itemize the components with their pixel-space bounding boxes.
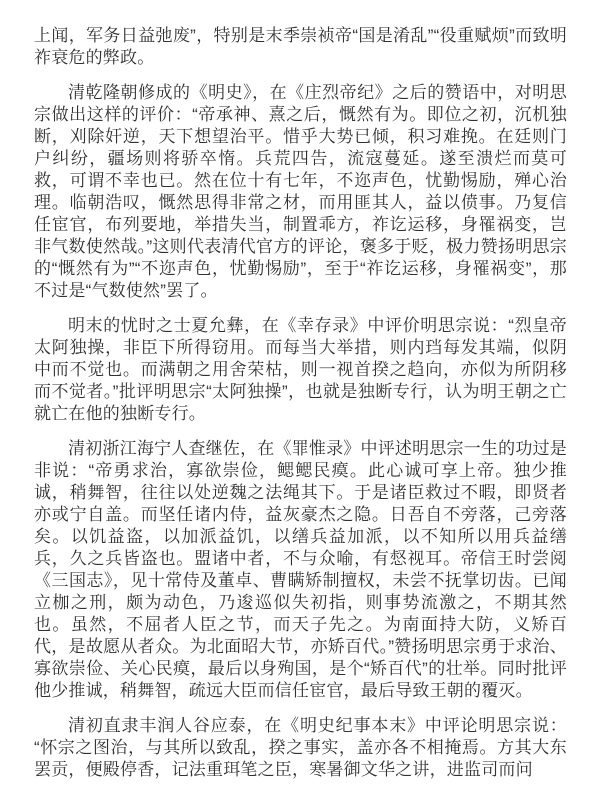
paragraph-continuation: 上闻，军务日益弛废”，特别是末季崇祯帝“国是淆乱”“役重赋烦”而致明祚衰危的弊政…	[34, 25, 567, 69]
document-page: 上闻，军务日益弛废”，特别是末季崇祯帝“国是淆乱”“役重赋烦”而致明祚衰危的弊政…	[0, 0, 600, 800]
paragraph-zhajizuo-appraisal: 清初浙江海宁人查继佐，在《罪惟录》中评述明思宗一生的功过是非说：“帝勇求治，寡欲…	[34, 438, 567, 702]
paragraph-xiayunyi-appraisal: 明末的忧时之士夏允彝，在《幸存录》中评价明思宗说：“烈皇帝太阿独操，非臣下所得窃…	[34, 315, 567, 425]
paragraph-mingshi-appraisal: 清乾隆朝修成的《明史》，在《庄烈帝纪》之后的赞语中，对明思宗做出这样的评价：“帝…	[34, 82, 567, 302]
paragraph-guyingtai-appraisal: 清初直隶丰润人谷应泰，在《明史纪事本末》中评论明思宗说：“怀宗之图治，与其所以致…	[34, 715, 567, 781]
